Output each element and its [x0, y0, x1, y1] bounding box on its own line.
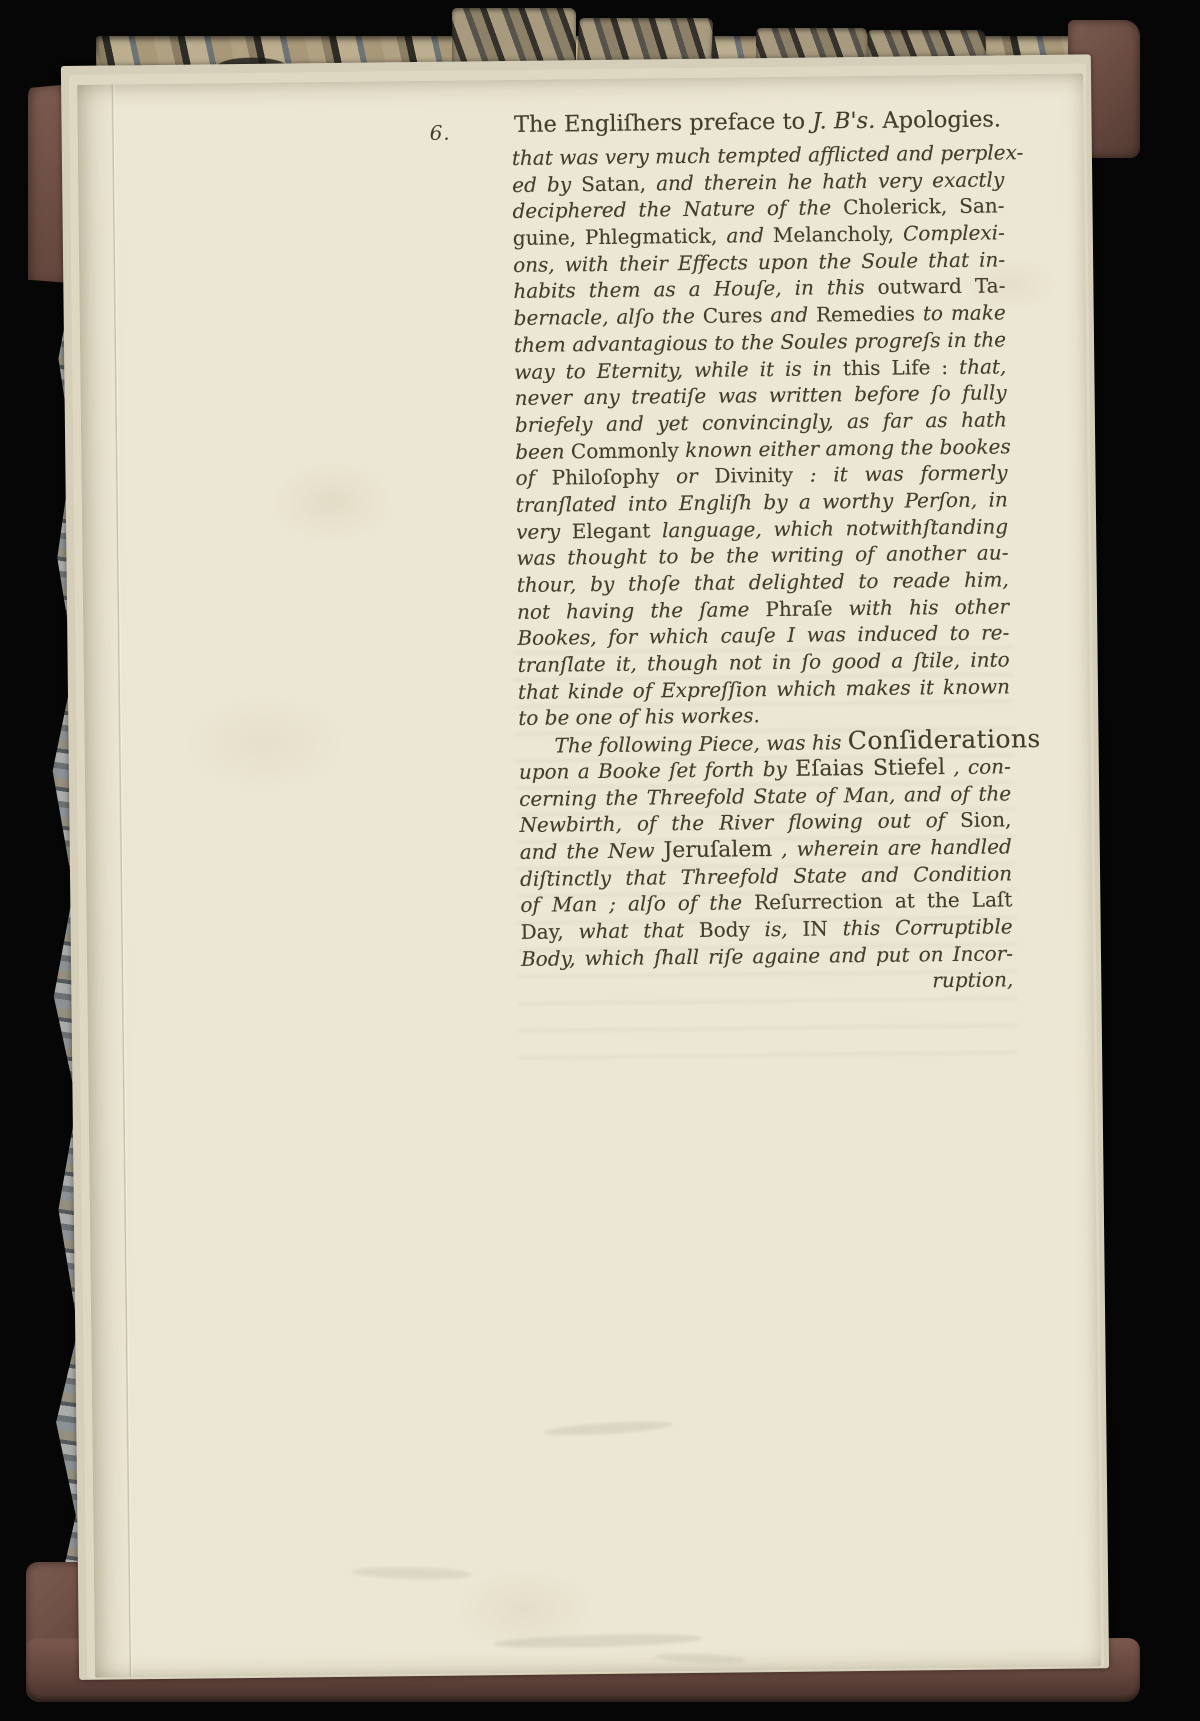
text-segment: briefely and yet convincingly, as far as… — [515, 407, 1007, 437]
text-segment: or — [659, 464, 714, 489]
text-segment: Day, — [521, 919, 564, 943]
text-segment: was thought to be the writing of another… — [516, 541, 1008, 571]
text-segment: Body — [699, 917, 750, 942]
text-segment: outward Ta- — [877, 274, 1005, 299]
text-segment: is, — [750, 917, 803, 942]
text-segment: that, — [948, 354, 1006, 379]
text-segment: with his other — [832, 594, 1009, 620]
text-segment: Sion, — [960, 808, 1012, 833]
pencil-smudge — [352, 1566, 472, 1581]
text-segment: to make — [915, 300, 1006, 325]
text-segment: ons, with their Effects upon the Soule t… — [513, 247, 1005, 277]
text-segment: ed by — [512, 172, 581, 197]
text-segment: Reſurrection at the Laſt — [754, 888, 1012, 915]
text-segment: not having the ſame — [517, 597, 766, 624]
text-segment: , wherein are handled — [772, 834, 1012, 861]
text-segment: Elegant — [572, 518, 651, 543]
text-segment: known either among the bookes — [679, 434, 1011, 462]
text-segment: Eſaias Stiefel — [795, 755, 945, 782]
text-segment: The Engliſhers preface to — [514, 109, 813, 138]
text-segment: and — [762, 303, 816, 328]
text-segment: this Life : — [843, 355, 948, 380]
text-segment: bernacle, alſo the — [514, 304, 703, 330]
text-line: ruption, — [521, 967, 1013, 999]
book-scan: 6. The Engliſhers preface to J. B's. Apo… — [0, 0, 1200, 1721]
text-segment: Cholerick, San- — [843, 194, 1005, 220]
page-number: 6. — [429, 121, 450, 145]
text-segment: tranſlate it, though not in ſo good a ſt… — [518, 647, 1010, 677]
running-title: The Engliſhers preface to J. B's. Apolog… — [511, 106, 1003, 138]
text-segment: cerning the Threefold State of Man, and … — [519, 781, 1011, 811]
page-gutter-crease — [111, 84, 133, 1677]
text-segment: of — [515, 466, 551, 490]
text-segment: to be one of his workes. — [518, 704, 760, 731]
text-segment: never any treatiſe was written before ſo… — [515, 381, 1007, 411]
text-segment: Remedies — [816, 302, 915, 327]
text-segment: Bookes, for which cauſe I was induced to… — [517, 621, 1009, 651]
text-segment: Commonly — [571, 438, 679, 463]
text-segment: language, which notwithſtanding — [650, 514, 1008, 542]
text-segment: been — [515, 439, 571, 464]
text-segment: that kinde of Expreſſion which makes it … — [518, 674, 1010, 704]
text-segment: thour, by thoſe that delighted to reade … — [517, 567, 1009, 597]
text-segment: Cures — [703, 303, 763, 328]
text-segment: Phraſe — [765, 596, 832, 621]
pencil-smudge — [544, 1419, 672, 1438]
text-segment: and the New — [520, 838, 664, 864]
text-segment: habits them as a Houſe, in this — [513, 275, 877, 303]
pencil-smudge — [493, 1632, 703, 1650]
text-segment: Jeruſalem — [663, 837, 772, 863]
text-segment: what that — [564, 918, 700, 944]
text-segment: and — [717, 223, 773, 248]
text-segment: and therein he hath very exactly — [646, 167, 1004, 195]
text-segment: them advantagious to the Soules progreſs… — [514, 327, 1006, 357]
text-segment: diſtinctly that Threefold State and Cond… — [520, 861, 1012, 891]
text-block: that was very much tempted afflicted and… — [512, 139, 1014, 999]
text-segment: Conſiderations — [848, 724, 1041, 755]
text-segment: Newbirth, of the River flowing out of — [519, 808, 960, 837]
text-segment: that was very much tempted afflicted and… — [512, 140, 1024, 170]
text-segment: IN — [802, 916, 828, 940]
text-segment: Body, which ſhall riſe againe and put on… — [521, 941, 1013, 971]
text-segment: this Corruptible — [828, 914, 1013, 940]
text-segment: Philoſophy — [552, 465, 660, 490]
text-segment: deciphered the Nature of the — [512, 196, 843, 224]
text-segment: : it was formerly — [793, 461, 1008, 487]
pencil-smudge — [655, 1652, 745, 1665]
text-segment: Melancholy, — [773, 222, 894, 247]
text-segment: ruption, — [932, 968, 1013, 993]
text-segment: , con- — [945, 754, 1011, 779]
text-segment: guine, Phlegmatick, — [513, 224, 718, 250]
text-segment: of Man ; alſo of the — [520, 891, 754, 918]
text-segment: way to Eternity, while it is in — [514, 356, 843, 384]
page-stack: 6. The Engliſhers preface to J. B's. Apo… — [0, 0, 1200, 1721]
book-page: 6. The Engliſhers preface to J. B's. Apo… — [77, 73, 1101, 1677]
text-segment: Complexi- — [894, 220, 1005, 245]
text-segment: The following Piece, was his — [554, 730, 848, 757]
text-segment: Satan, — [581, 171, 646, 196]
text-segment: very — [516, 519, 572, 544]
text-segment: tranſlated into Engliſh by a worthy Perſ… — [516, 487, 1008, 517]
text-segment: Divinity — [714, 463, 793, 488]
text-segment: Apologies. — [875, 106, 1001, 133]
text-segment: upon a Booke ſet forth by — [519, 757, 796, 784]
text-segment: J. B's. — [812, 108, 875, 135]
